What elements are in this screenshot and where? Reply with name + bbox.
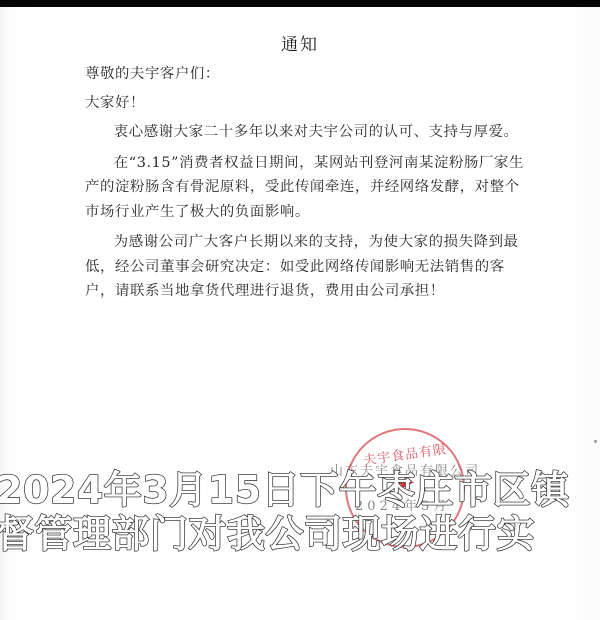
paragraph-incident: 在“3.15”消费者权益日期间，某网站刊登河南某淀粉肠厂家生产的淀粉肠含有骨泥原… xyxy=(85,151,525,225)
document-body: 尊敬的夫宇客户们： 大家好！ 衷心感谢大家二十多年以来对夫宇公司的认可、支持与厚… xyxy=(85,62,525,310)
salutation: 尊敬的夫宇客户们： xyxy=(85,62,525,87)
top-letterbox-bar xyxy=(0,0,600,7)
subtitle-line-1: 2024年3月15日下午枣庄市区镇 xyxy=(0,466,600,514)
paragraph-thanks: 衷心感谢大家二十多年以来对夫宇公司的认可、支持与厚爱。 xyxy=(85,120,525,145)
greeting: 大家好！ xyxy=(85,91,525,116)
document-title: 通知 xyxy=(0,30,600,55)
paragraph-return-policy: 为感谢公司广大客户长期以来的支持，为使大家的损失降到最低，经公司董事会研究决定：… xyxy=(85,230,525,304)
subtitle-line-2: 督管理部门对我公司现场进行实 xyxy=(0,510,600,558)
edge-mark xyxy=(594,440,597,443)
video-subtitles: 2024年3月15日下午枣庄市区镇 督管理部门对我公司现场进行实 xyxy=(0,466,600,558)
video-frame: 通知 尊敬的夫宇客户们： 大家好！ 衷心感谢大家二十多年以来对夫宇公司的认可、支… xyxy=(0,0,600,620)
